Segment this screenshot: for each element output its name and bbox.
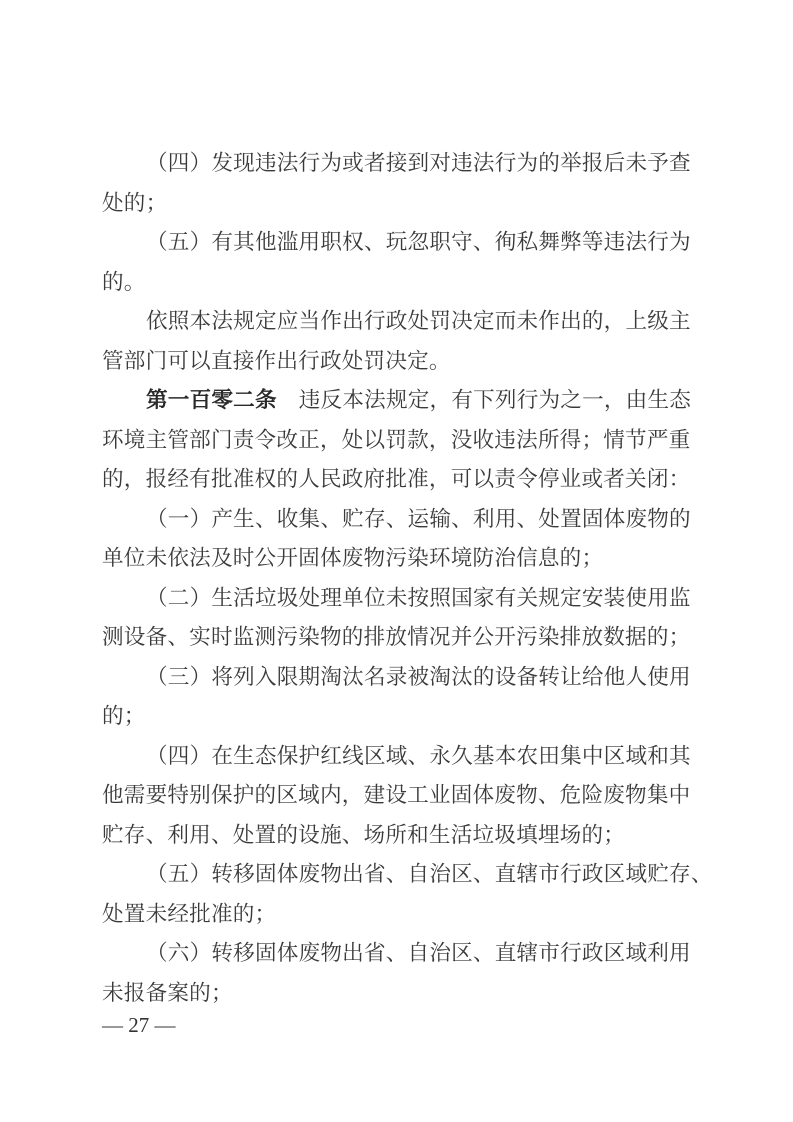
- text-line: 测设备、实时监测污染物的排放情况并公开污染排放数据的；: [102, 618, 694, 658]
- article-heading-line: 第一百零二条违反本法规定，有下列行为之一，由生态: [102, 381, 694, 421]
- text-line: 管部门可以直接作出行政处罚决定。: [102, 342, 694, 382]
- article-text: 违反本法规定，有下列行为之一，由生态: [299, 388, 691, 413]
- text-line: 处的；: [102, 184, 694, 224]
- text-line: （六）转移固体废物出省、自治区、直辖市行政区域利用: [102, 934, 694, 974]
- text-line: 依照本法规定应当作出行政处罚决定而未作出的，上级主: [102, 302, 694, 342]
- text-line: （五）转移固体废物出省、自治区、直辖市行政区域贮存、: [102, 855, 694, 895]
- text-line: （四）在生态保护红线区域、永久基本农田集中区域和其: [102, 737, 694, 777]
- page-number: — 27 —: [102, 1013, 176, 1038]
- text-line: 他需要特别保护的区域内，建设工业固体废物、危险废物集中: [102, 776, 694, 816]
- text-line: （二）生活垃圾处理单位未按照国家有关规定安装使用监: [102, 579, 694, 619]
- text-line: 的。: [102, 263, 694, 303]
- document-body: （四）发现违法行为或者接到对违法行为的举报后未予查 处的； （五）有其他滥用职权…: [102, 144, 694, 1013]
- text-line: 未报备案的；: [102, 974, 694, 1014]
- article-title: 第一百零二条: [146, 388, 277, 413]
- text-line: 环境主管部门责令改正，处以罚款，没收违法所得；情节严重: [102, 421, 694, 461]
- text-line: （一）产生、收集、贮存、运输、利用、处置固体废物的: [102, 500, 694, 540]
- text-line: 的；: [102, 697, 694, 737]
- text-line: 单位未依法及时公开固体废物污染环境防治信息的；: [102, 539, 694, 579]
- text-line: （四）发现违法行为或者接到对违法行为的举报后未予查: [102, 144, 694, 184]
- text-line: 处置未经批准的；: [102, 895, 694, 935]
- text-line: （三）将列入限期淘汰名录被淘汰的设备转让给他人使用: [102, 658, 694, 698]
- text-line: （五）有其他滥用职权、玩忽职守、徇私舞弊等违法行为: [102, 223, 694, 263]
- text-line: 贮存、利用、处置的设施、场所和生活垃圾填埋场的；: [102, 816, 694, 856]
- text-line: 的，报经有批准权的人民政府批准，可以责令停业或者关闭：: [102, 460, 694, 500]
